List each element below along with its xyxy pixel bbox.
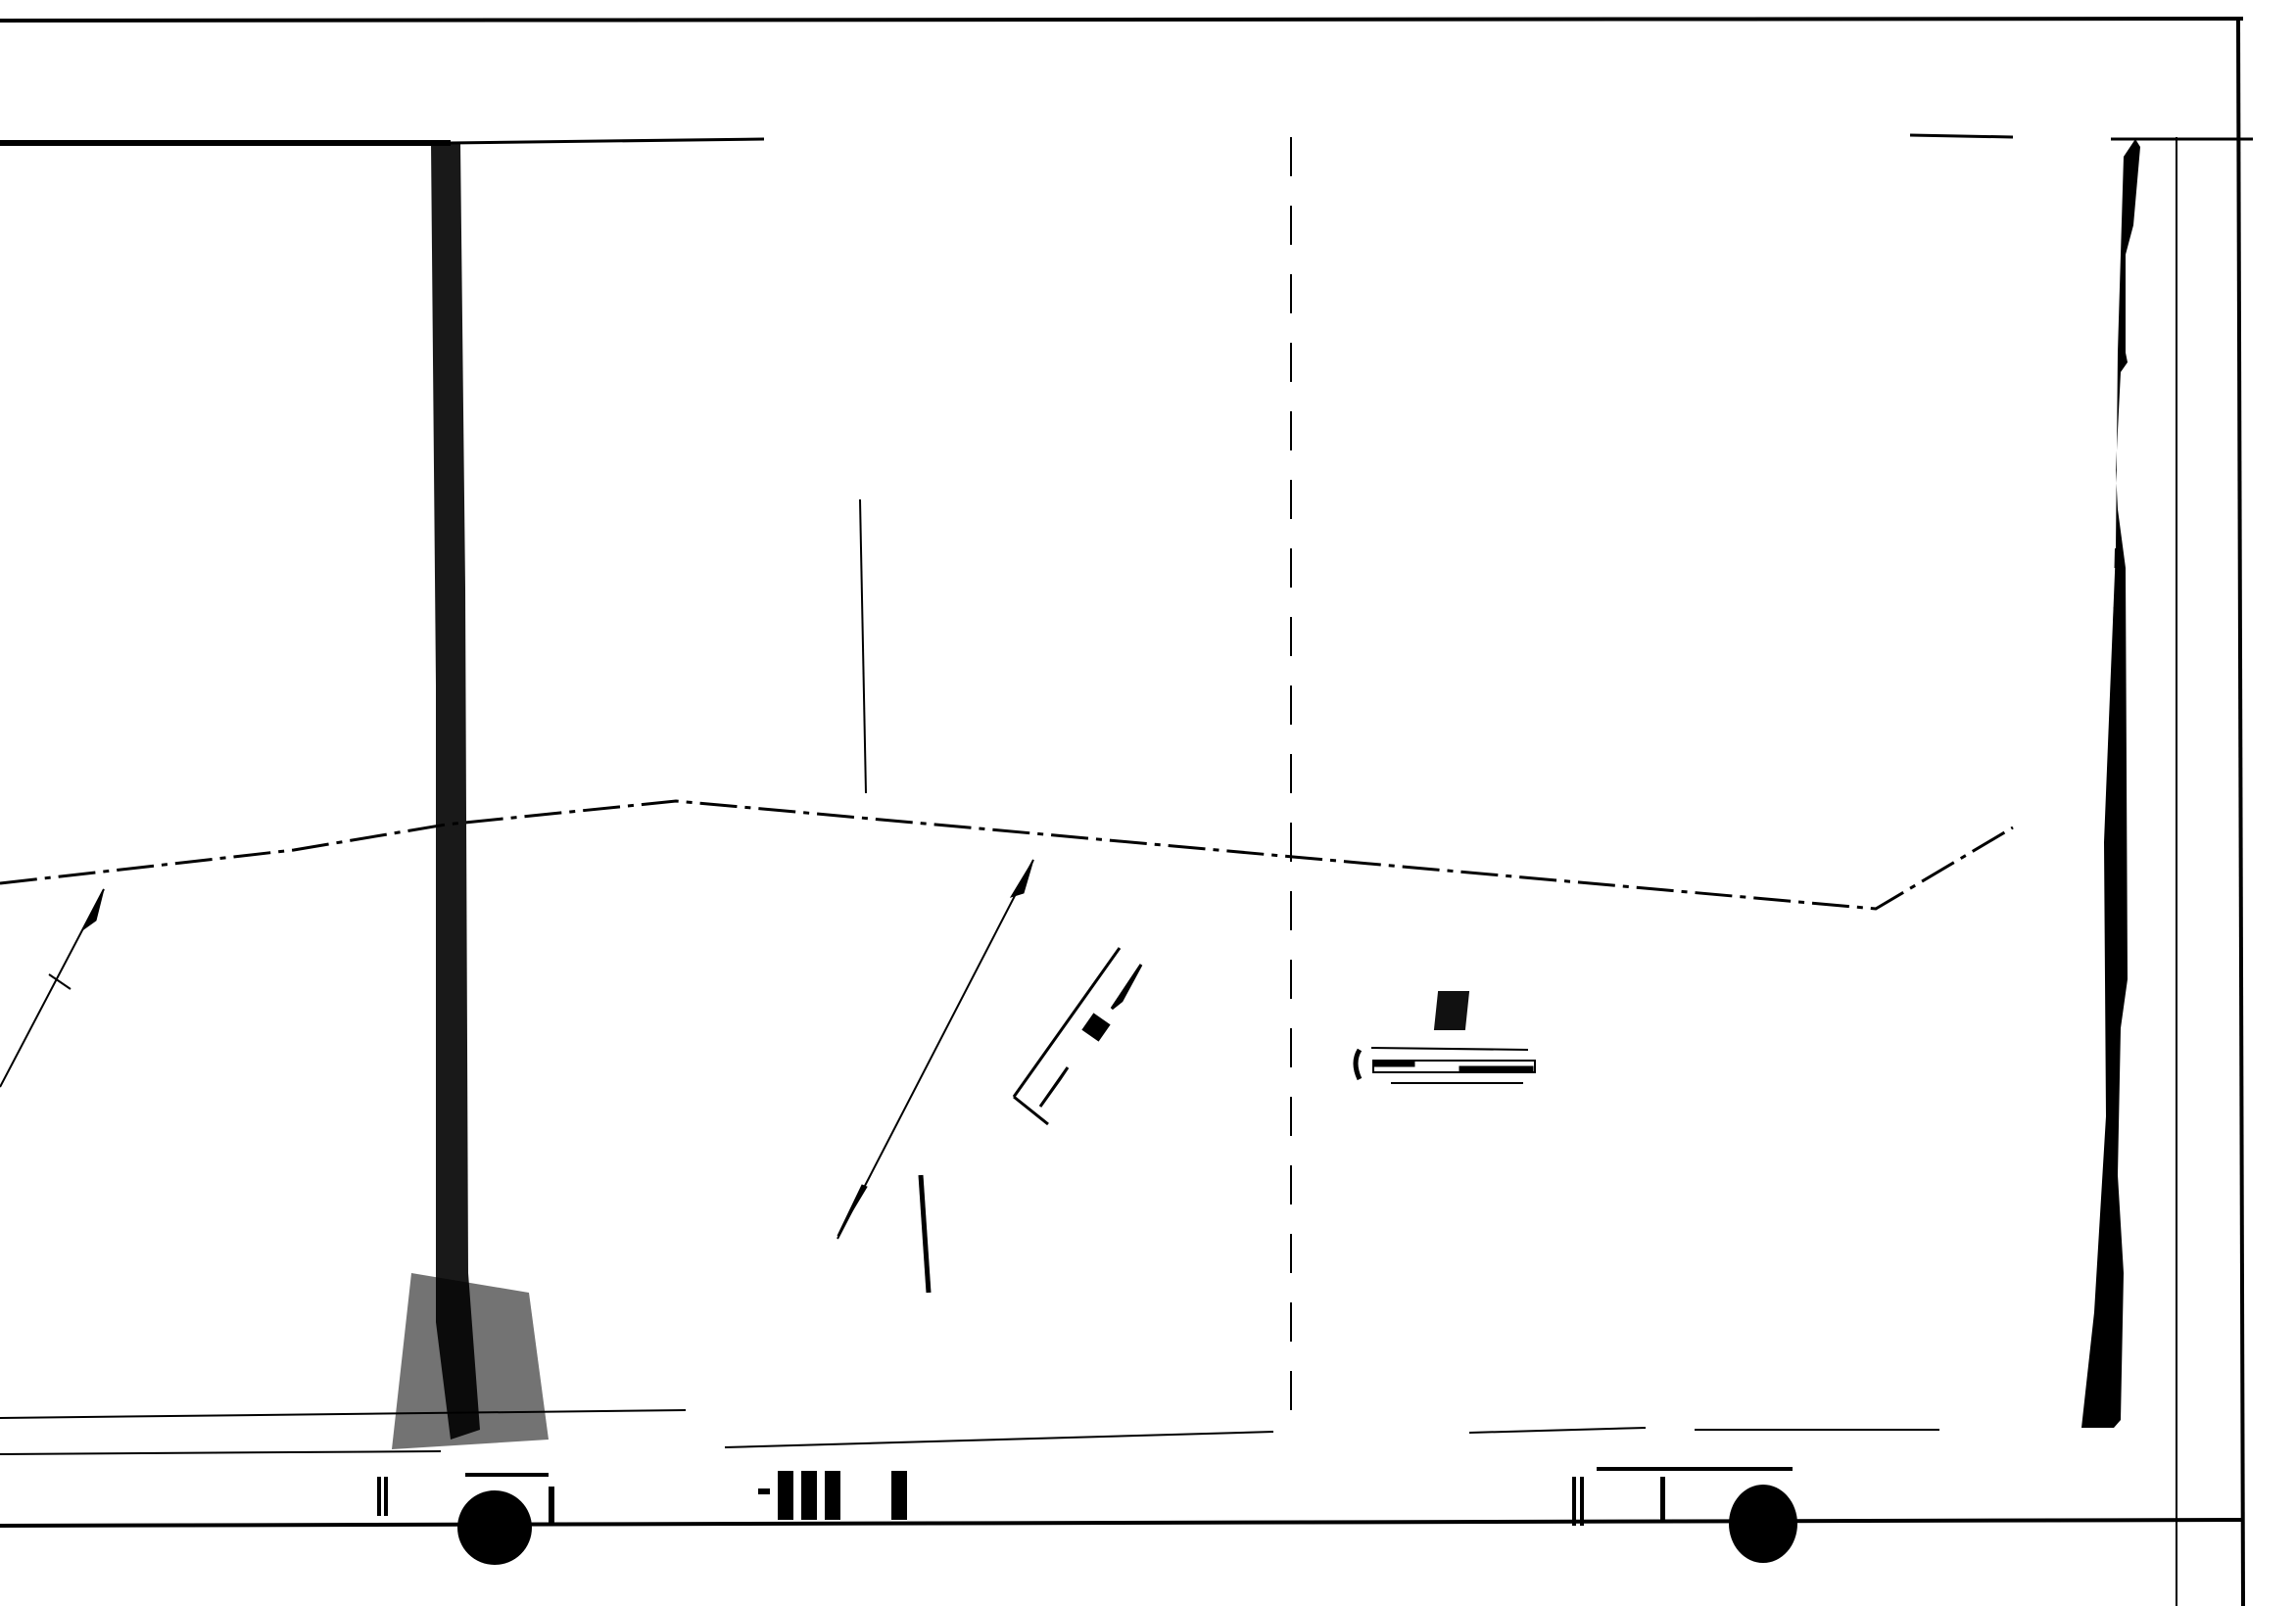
frame-code-strip xyxy=(758,1471,907,1520)
scale-bar-labels xyxy=(1373,1048,1540,1062)
map-scan xyxy=(0,0,2296,1606)
binder-hole-left xyxy=(457,1490,532,1565)
sheet-number xyxy=(1434,991,1469,1030)
frame-code-label xyxy=(758,1488,770,1502)
frame-code-field-3 xyxy=(825,1471,840,1520)
frame-code-field-2 xyxy=(801,1471,817,1520)
binder-hole-right xyxy=(1729,1485,1797,1563)
frame-code-field-1 xyxy=(778,1471,793,1520)
frame-code-field-4 xyxy=(891,1471,907,1520)
